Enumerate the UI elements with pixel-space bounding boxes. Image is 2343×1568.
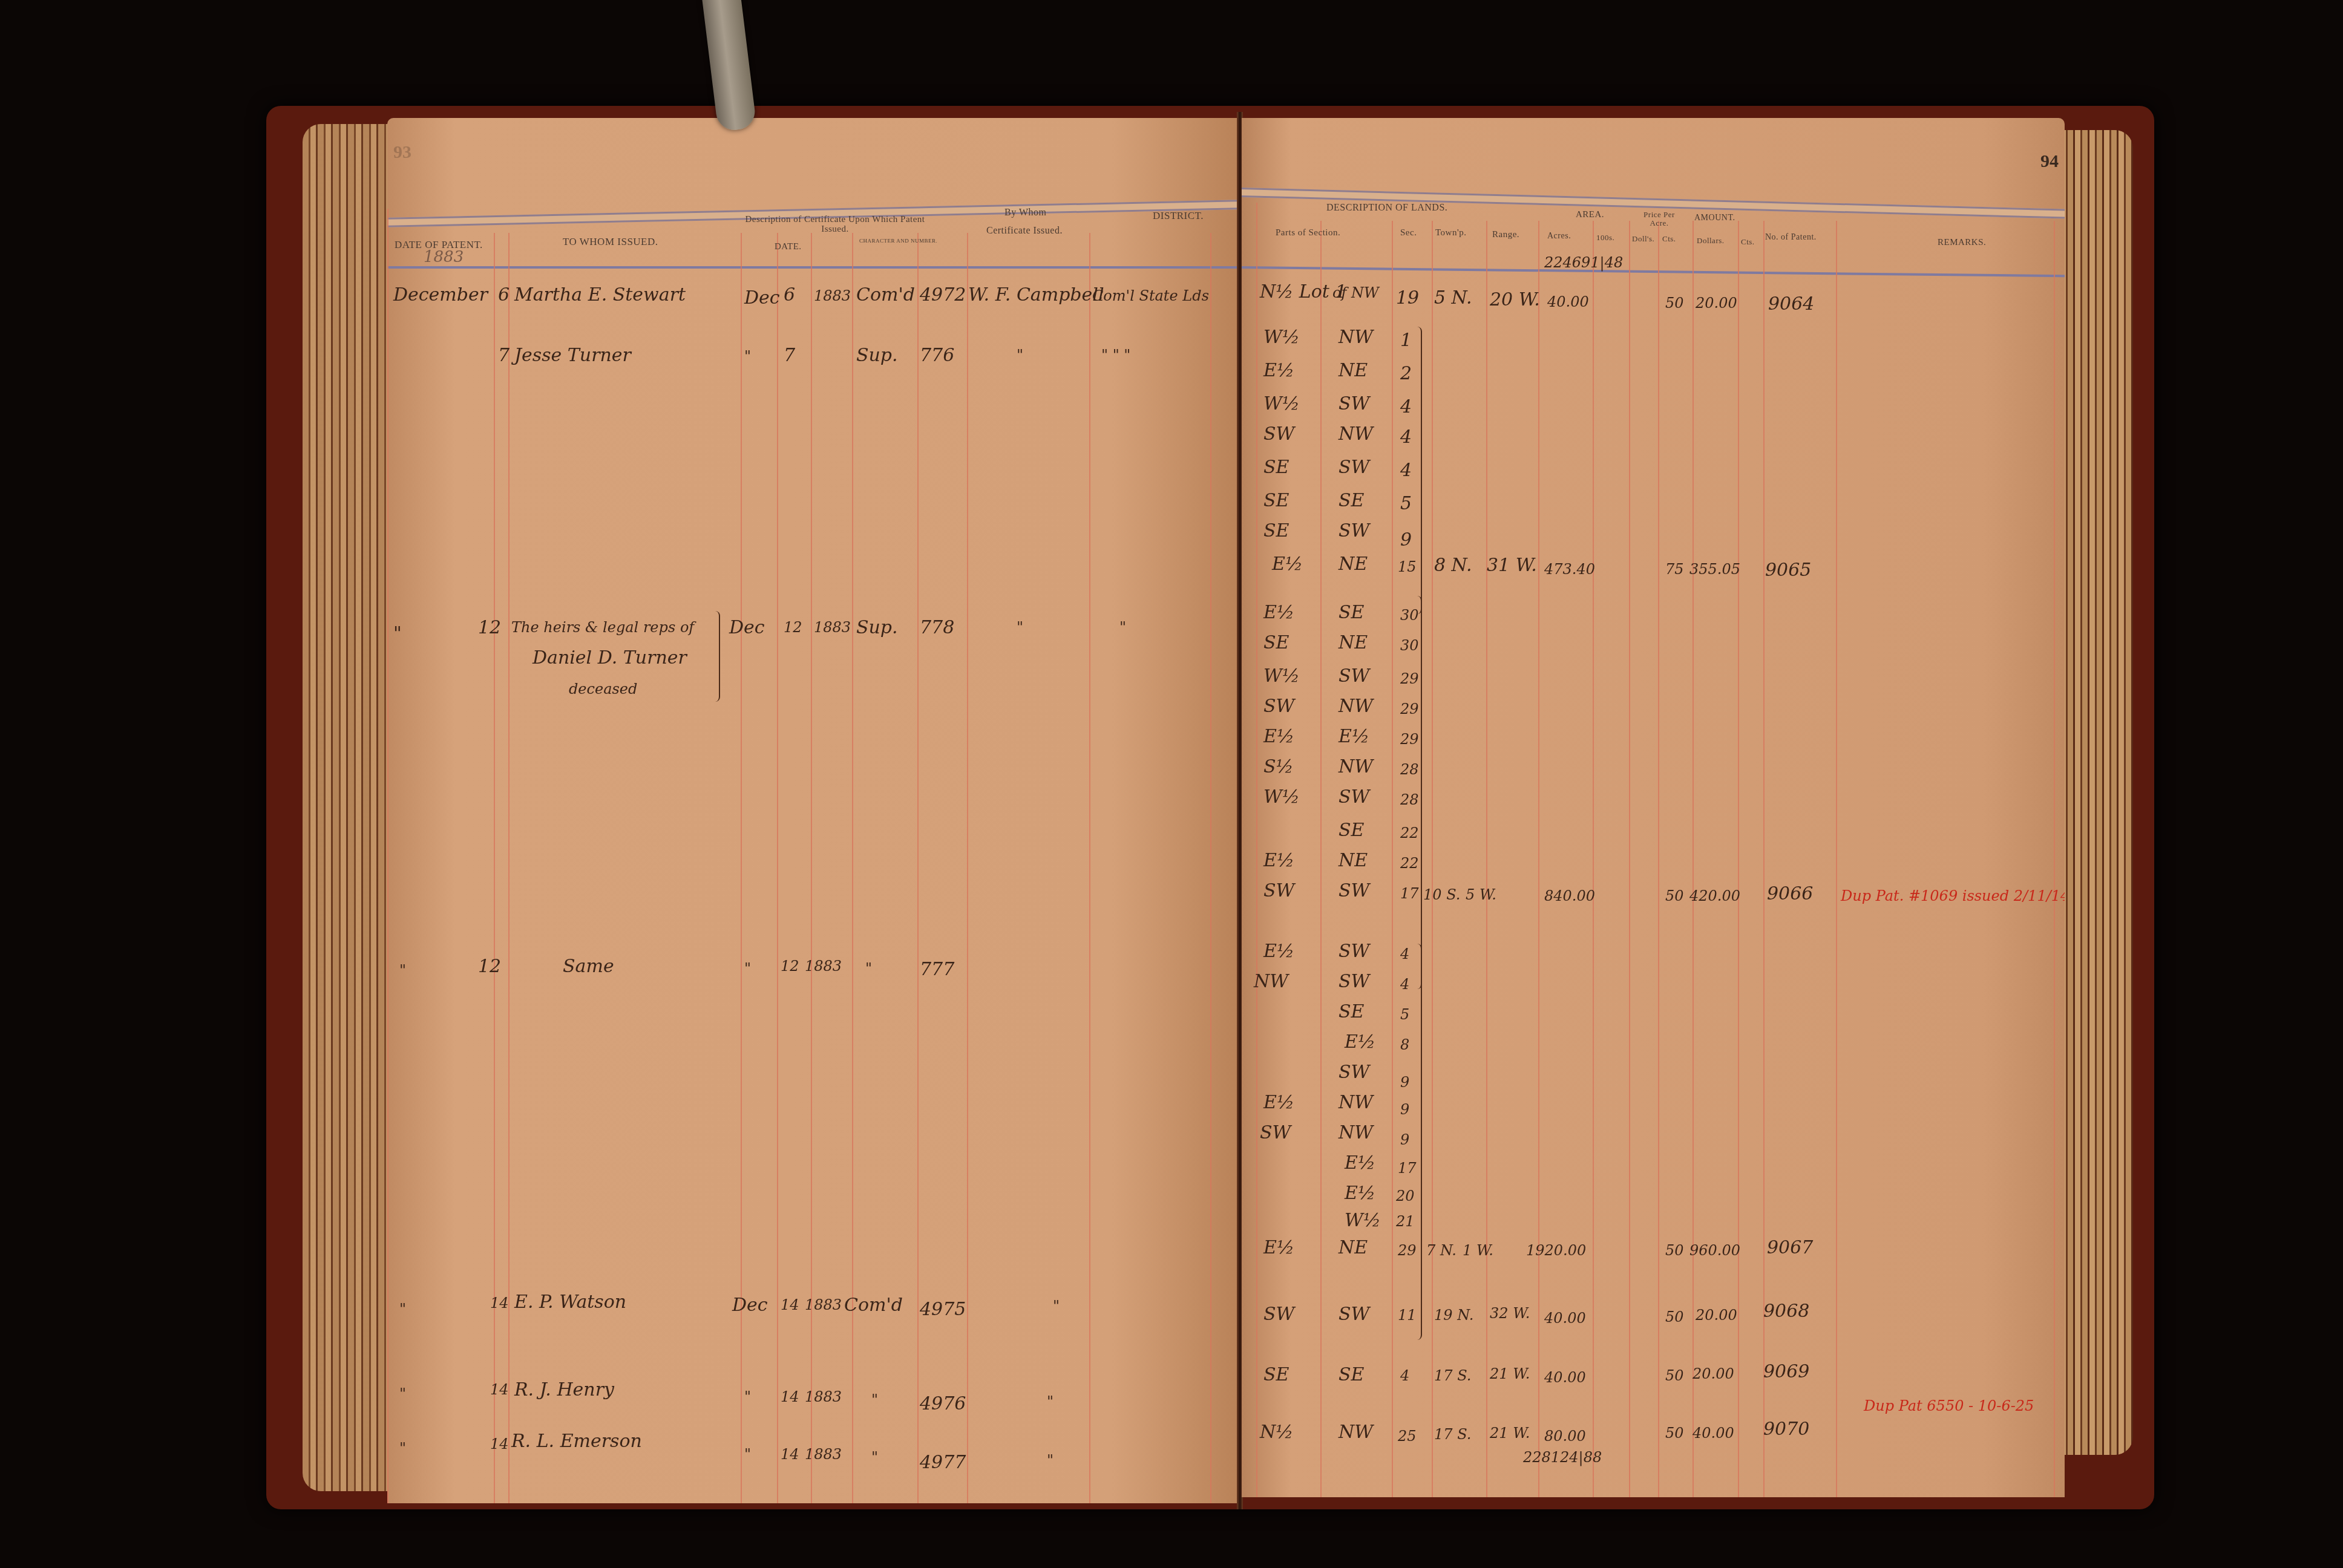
entry-cert-day: 12 [781,958,799,975]
amount: 20.00 [1696,295,1737,312]
left-page-number: 93 [393,142,411,163]
header-hundredths: 100s. [1596,233,1614,243]
parcel-part: W½ [1263,665,1300,687]
entry-cert-day: 14 [781,1296,799,1313]
entry-number: 4972 [920,284,966,305]
parcel-quarter: NW [1339,327,1373,348]
range: 32 W. [1490,1305,1530,1322]
header-by-whom-2: Certificate Issued. [986,226,1063,237]
patent-number: 9069 [1763,1361,1809,1382]
entry-cert-month: " [744,1446,751,1463]
parcel-quarter: NE [1339,850,1368,871]
entry-cert-month: " [744,348,751,365]
acres: 80.00 [1544,1428,1586,1445]
entry-by-whom: " [1053,1298,1060,1315]
amount: 420.00 [1689,887,1740,904]
parcel-quarter: SW [1339,1304,1369,1325]
price: 50 [1665,1425,1684,1442]
entry-number: 778 [920,617,954,638]
entry-name: Jesse Turner [514,345,631,366]
township: 19 N. [1434,1307,1473,1324]
entry-by-whom: " [1017,347,1023,364]
parcel-sec: 25 [1398,1428,1417,1445]
parcel-quarter: NE [1339,1237,1368,1258]
parcel-quarter: NW [1339,696,1373,717]
parcel-quarter: SW [1339,393,1369,414]
amount: 960.00 [1689,1242,1740,1259]
entry-cert-day: 14 [781,1446,799,1463]
header-range: Range. [1492,230,1519,240]
acres: 840.00 [1544,887,1595,904]
parcel-quarter: SE [1339,602,1364,623]
parcel-sec: 11 [1398,1307,1417,1324]
right-page: 94 DESCRIPTION OF LANDS. Parts of Sectio… [1242,118,2065,1497]
amount: 355.05 [1689,561,1740,578]
parcel-quarter: NW [1339,1422,1373,1443]
parcel-part: E½ [1263,1092,1294,1113]
parcel-part: E½ [1263,941,1294,962]
entry-number: 4975 [920,1299,966,1320]
acres: 40.00 [1544,1369,1586,1386]
right-page-number: 94 [2040,151,2059,172]
page-running-total: 228124|88 [1523,1449,1602,1466]
parcel-part: W½ [1263,786,1300,808]
parcel-part: E½ [1263,1237,1294,1258]
township: 17 S. [1434,1426,1471,1443]
entry-cert-year: 1883 [814,619,851,636]
header-no-of-patent: No. of Patent. [1765,233,1817,243]
parcel-quarter: SW [1339,457,1369,478]
entry-day: 6 [498,284,510,305]
parcel-sec: 9 [1400,1131,1409,1148]
parcel-quarter: SE [1339,820,1364,841]
parcel-part: SW [1263,1304,1294,1325]
parcel-sec: 15 [1398,558,1417,575]
parcel-part: SE [1263,632,1289,653]
header-parts-of-section: Parts of Section. [1276,228,1340,238]
parcel-part: SW [1260,1122,1291,1143]
entry-number: 4976 [920,1393,966,1414]
entry-name: Martha E. Stewart [514,284,686,305]
parcel-quarter: SW [1339,1062,1369,1083]
parcel-sec: 22 [1400,825,1419,841]
remark-duplicate-patent: Dup Pat 6550 - 10-6-25 [1864,1397,2034,1414]
range: 21 W. [1490,1365,1530,1382]
acres: 473.40 [1544,561,1595,578]
parcel-part: SE [1263,1364,1289,1385]
parcel-part: E½ [1263,602,1294,623]
header-price-per-acre: Price Per Acre. [1635,211,1683,227]
entry-cert-year: 1883 [805,958,842,975]
header-dollars: Dollars. [1697,236,1725,246]
header-acres: Acres. [1547,232,1571,241]
parcel-sec: 4 [1400,1367,1409,1384]
entry-number: 4977 [920,1452,966,1473]
header-remarks: REMARKS. [1938,238,1986,248]
price: 50 [1665,295,1684,312]
entry-month: " [399,1440,406,1457]
entry-month: December [393,284,488,305]
parcel-sec: 9 [1400,1074,1409,1091]
parcel-sec: 20 [1396,1187,1415,1204]
township: 7 N. [1426,1242,1457,1259]
entry-day: 14 [490,1381,509,1398]
parcel-sec: 9 [1400,529,1412,550]
parcel-quarter: NW [1339,1092,1373,1113]
parcel-sec: 28 [1400,761,1419,778]
entry-month: " [399,1301,406,1318]
entry-character: Com'd [844,1295,903,1316]
header-district: DISTRICT. [1153,210,1204,222]
acres: 40.00 [1547,293,1589,310]
township: 8 N. [1434,555,1472,576]
entry-cert-day: 7 [784,345,795,366]
parcel-part: W½ [1263,327,1300,348]
header-township: Town'p. [1435,228,1466,238]
entry-district: " [1119,619,1126,636]
entry-name: R. J. Henry [514,1379,614,1400]
entry-by-whom: " [1047,1452,1054,1469]
parcel-sec: 29 [1400,731,1419,748]
header-sec: Sec. [1400,228,1417,238]
entry-name-line2: Daniel D. Turner [532,647,687,668]
entry-month: " [399,962,406,979]
header-description-of-lands: DESCRIPTION OF LANDS. [1326,203,1447,214]
name-bracket [715,611,720,702]
acres: 1920.00 [1526,1242,1586,1259]
entry-character: " [865,960,872,977]
parcel-quarter: SW [1339,880,1369,901]
parcel-part: E½ [1263,726,1294,747]
entry-month: " [399,1385,406,1402]
parcel-quarter: NW [1339,1122,1373,1143]
parcel-part: SE [1263,490,1289,511]
header-rule [1242,266,2065,277]
parcel-quarter: NE [1339,360,1368,381]
entry-cert-day: 6 [784,284,795,305]
township: 17 S. [1434,1367,1471,1384]
entry-day: 14 [490,1436,509,1452]
entry-cert-year: 1883 [814,287,851,304]
parcel-sec: 1 [1400,330,1412,351]
patent-number: 9064 [1768,293,1814,315]
range: 31 W. [1487,555,1537,576]
entry-character: Sup. [856,345,898,366]
parcel-sec: 28 [1400,791,1419,808]
entry-cert-month: " [744,960,751,977]
amount: 40.00 [1693,1425,1734,1442]
parcel-sec: 4 [1400,426,1412,448]
year-heading: 1883 [424,248,464,266]
parcel-part: E½ [1263,850,1294,871]
page-edges-right [2060,130,2133,1455]
parcel-sec: 17 [1398,1160,1417,1177]
parcel-part: S½ [1263,756,1294,777]
parcel-sec: 8 [1400,1036,1409,1053]
entry-day: 12 [478,617,501,638]
parcel-sec: 4 [1400,946,1409,962]
remark-duplicate-patent: Dup Pat. #1069 issued 2/11/14. [1841,887,2065,904]
parcel-sec: 29 [1400,701,1419,717]
parcel-quarter: SE [1339,1001,1364,1022]
parcel-quarter: E½ [1345,1183,1375,1204]
entry-name: Same [563,956,614,977]
parcel-sec: 5 [1400,1006,1409,1023]
header-character-number: CHARACTER AND NUMBER. [859,238,937,244]
entry-cert-day: 14 [781,1388,799,1405]
parcel-part: E½ [1272,554,1303,575]
parcel-sec: 4 [1400,976,1409,993]
entry-district: " " " [1101,347,1130,364]
patent-number: 9070 [1763,1419,1809,1440]
amount: 20.00 [1693,1365,1734,1382]
parcel-part: SE [1263,457,1289,478]
parcel-part: SW [1263,423,1294,445]
range: 20 W. [1490,289,1540,310]
parcel-quarter: SW [1339,971,1369,992]
range: 21 W. [1490,1425,1530,1442]
parcel-part: N½ [1260,1422,1293,1443]
patent-number: 9065 [1765,560,1811,581]
parcel-sec: 4 [1400,396,1412,417]
entry-day: 7 [498,345,510,366]
parcel-quarter: SW [1339,520,1369,541]
parcel-sec: 19 [1396,287,1419,309]
entry-character: Com'd [856,284,915,305]
entry-name-line3: deceased [569,681,637,697]
township: 10 S. [1423,886,1460,903]
range: 1 W. [1463,1242,1493,1259]
entry-by-whom: " [1017,619,1023,636]
township: 5 N. [1434,287,1472,309]
carried-forward-total: 224691|48 [1544,254,1623,271]
entry-name-line1: The heirs & legal reps of [511,619,694,636]
parcel-quarter: NE [1339,554,1368,575]
parcel-sec: 29 [1398,1242,1417,1259]
parcel-quarter: E½ [1339,726,1369,747]
parcel-quarter: SW [1339,941,1369,962]
header-dolls: Doll's. [1632,234,1654,244]
patent-number: 9068 [1763,1301,1809,1322]
entry-name: E. P. Watson [514,1292,626,1313]
entry-cert-month: Dec [732,1295,768,1316]
entry-cert-day: 12 [784,619,802,636]
acres: 40.00 [1544,1310,1586,1327]
parcel-sec: 30 [1400,607,1419,624]
parcel-sec: 2 [1400,363,1412,384]
parcel-quarter: E½ [1345,1031,1375,1053]
parcel-quarter: E½ [1345,1152,1375,1174]
parcel-sec: 17 [1400,885,1419,902]
left-page: 93 DATE OF PATENT. TO WHOM ISSUED. Descr… [387,118,1239,1503]
parcel-part: SE [1263,520,1289,541]
range: 5 W. [1466,886,1496,903]
entry-day: 14 [490,1295,509,1312]
entry-by-whom: " [1047,1393,1054,1410]
parcel-part: NW [1254,971,1288,992]
parcel-quarter: of NW [1332,284,1379,301]
header-rule [387,266,1239,269]
entry-cert-year: 1883 [805,1446,842,1463]
entry-by-whom: W. F. Campbell [968,284,1104,305]
parcel-quarter: W½ [1345,1210,1381,1231]
price: 50 [1665,887,1684,904]
entry-cert-month: " [744,1388,751,1405]
parcel-sec: 5 [1400,493,1412,514]
patent-number: 9066 [1767,883,1813,904]
parcel-quarter: NW [1339,423,1373,445]
parcel-sec: 30 [1400,637,1419,654]
entry-number: 777 [920,959,954,980]
header-amount-cts: Cts. [1741,237,1755,247]
entry-cert-month: Dec [729,617,765,638]
parcel-sec: 29 [1400,670,1419,687]
parcel-quarter: SW [1339,786,1369,808]
parcel-sec: 22 [1400,855,1419,872]
header-area: AREA. [1576,210,1604,220]
entry-character: " [871,1449,878,1466]
amount: 20.00 [1696,1307,1737,1324]
header-by-whom-1: By Whom [1004,207,1046,218]
entry-character: " [871,1391,878,1408]
patent-number: 9067 [1767,1237,1813,1258]
price: 50 [1665,1242,1684,1259]
entry-cert-month: Dec [744,287,780,309]
entry-day: 12 [478,956,501,977]
page-edges-left [303,124,393,1491]
parcel-quarter: SE [1339,1364,1364,1385]
parcel-part: SW [1263,880,1294,901]
entry-number: 776 [920,345,954,366]
parcel-sec: 9 [1400,1101,1409,1118]
parcel-part: SW [1263,696,1294,717]
entry-name: R. L. Emerson [511,1431,642,1452]
entry-month: " [393,623,402,644]
parcel-quarter: SE [1339,490,1364,511]
price: 75 [1665,561,1684,578]
entry-cert-year: 1883 [805,1388,842,1405]
header-price-cts: Cts. [1662,234,1676,244]
header-to-whom-issued: TO WHOM ISSUED. [563,236,658,248]
entry-character: Sup. [856,617,898,638]
parcel-sec: 4 [1400,460,1412,481]
entry-district: Com'l State Lds [1092,287,1209,304]
header-cert-date: DATE. [775,242,802,252]
parcel-part: W½ [1263,393,1300,414]
parcel-part: E½ [1263,360,1294,381]
parcel-sec: 21 [1396,1213,1415,1230]
entry-cert-year: 1883 [805,1296,842,1313]
header-certificate-description: Description of Certificate Upon Which Pa… [744,215,926,234]
parcel-quarter: NE [1339,632,1368,653]
parcel-quarter: NW [1339,756,1373,777]
header-amount: AMOUNT. [1694,214,1735,223]
price: 50 [1665,1308,1684,1325]
price: 50 [1665,1367,1684,1384]
parcel-quarter: SW [1339,665,1369,687]
